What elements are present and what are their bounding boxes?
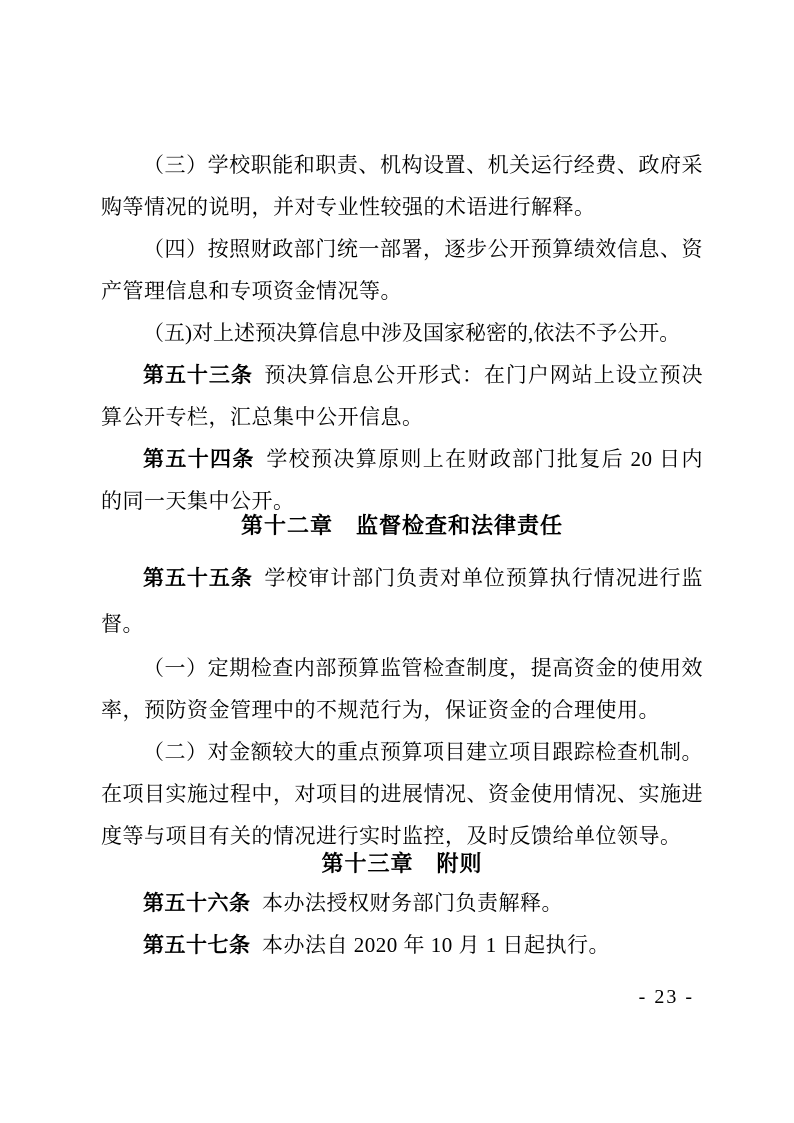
document-page: （三）学校职能和职责、机构设置、机关运行经费、政府采购等情况的说明，并对专业性较… — [0, 0, 794, 1123]
paragraph-article-55: 第五十五条学校审计部门负责对单位预算执行情况进行监督。 — [101, 555, 703, 647]
article-number: 第五十五条 — [143, 566, 253, 590]
paragraph-item-1: （一）定期检查内部预算监管检查制度，提高资金的使用效率，预防资金管理中的不规范行… — [101, 647, 703, 731]
article-number: 第五十三条 — [143, 363, 253, 387]
paragraph-text: （四）按照财政部门统一部署，逐步公开预算绩效信息、资产管理信息和专项资金情况等。 — [101, 237, 703, 303]
paragraph-item-5: （五)对上述预决算信息中涉及国家秘密的,依法不予公开。 — [101, 312, 703, 354]
paragraph-article-56: 第五十六条本办法授权财务部门负责解释。 — [101, 882, 703, 924]
paragraph-text: （一）定期检查内部预算监管检查制度，提高资金的使用效率，预防资金管理中的不规范行… — [101, 656, 703, 722]
page-number: - 23 - — [639, 986, 694, 1009]
article-number: 第五十七条 — [143, 933, 251, 957]
paragraph-item-3: （三）学校职能和职责、机构设置、机关运行经费、政府采购等情况的说明，并对专业性较… — [101, 144, 703, 228]
paragraph-item-4: （四）按照财政部门统一部署，逐步公开预算绩效信息、资产管理信息和专项资金情况等。 — [101, 228, 703, 312]
paragraph-text: （三）学校职能和职责、机构设置、机关运行经费、政府采购等情况的说明，并对专业性较… — [101, 153, 703, 219]
paragraph-article-53: 第五十三条预决算信息公开形式：在门户网站上设立预决算公开专栏，汇总集中公开信息。 — [101, 354, 703, 438]
document-body: （三）学校职能和职责、机构设置、机关运行经费、政府采购等情况的说明，并对专业性较… — [101, 144, 703, 966]
paragraph-text: （五)对上述预决算信息中涉及国家秘密的,依法不予公开。 — [143, 321, 680, 345]
paragraph-article-57: 第五十七条本办法自 2020 年 10 月 1 日起执行。 — [101, 924, 703, 966]
paragraph-text: 本办法授权财务部门负责解释。 — [262, 891, 563, 915]
paragraph-item-2: （二）对金额较大的重点预算项目建立项目跟踪检查机制。在项目实施过程中，对项目的进… — [101, 731, 703, 857]
article-number: 第五十四条 — [143, 447, 255, 471]
article-number: 第五十六条 — [143, 891, 251, 915]
paragraph-text: （二）对金额较大的重点预算项目建立项目跟踪检查机制。在项目实施过程中，对项目的进… — [101, 740, 703, 848]
paragraph-text: 本办法自 2020 年 10 月 1 日起执行。 — [262, 933, 610, 957]
